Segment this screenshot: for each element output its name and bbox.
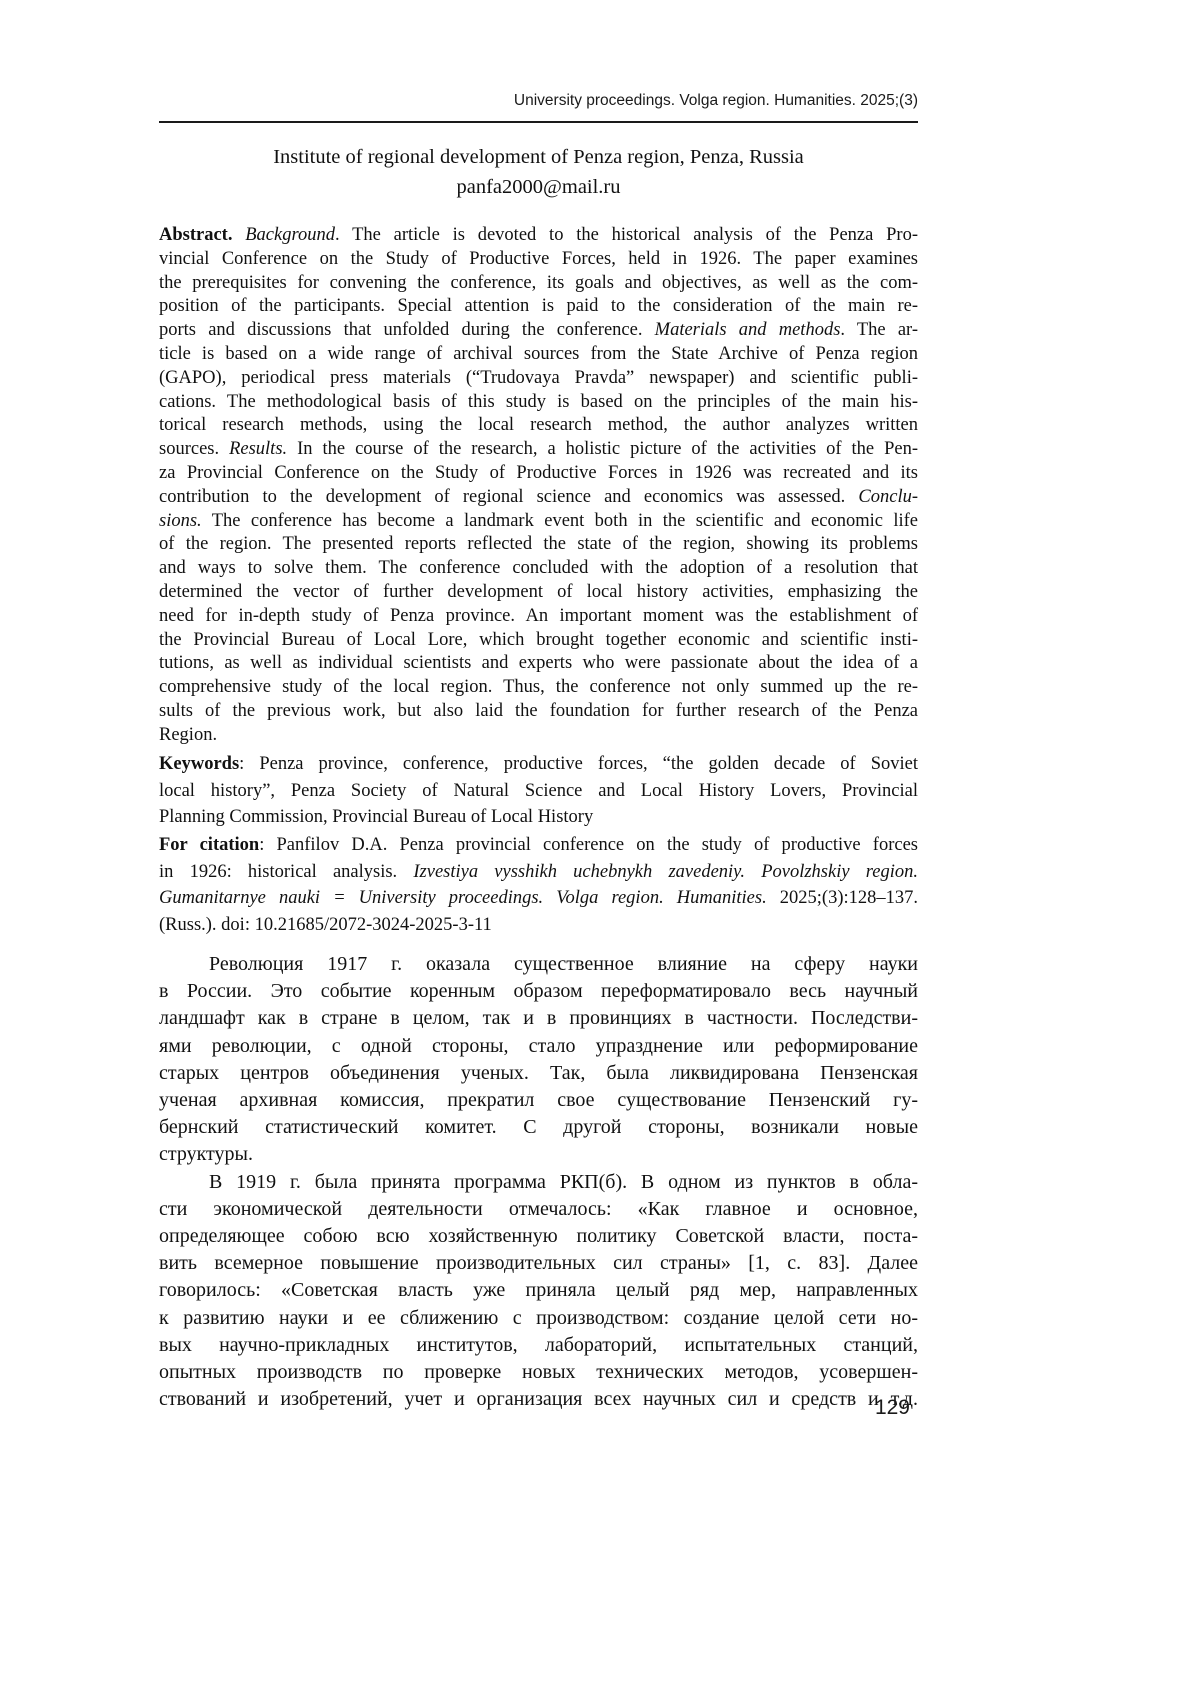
page-number: 129 — [159, 1396, 910, 1420]
text-line: ями революции, с одной стороны, стало уп… — [159, 1033, 918, 1060]
text-line: ученая архивная комиссия, прекратил свое… — [159, 1087, 918, 1114]
abstract-block: Abstract. Background. The article is dev… — [159, 224, 918, 748]
text-line: к развитию науки и ее сближению с произв… — [159, 1305, 918, 1332]
text-line: sults of the previous work, but also lai… — [159, 700, 918, 724]
text-line: Keywords: Penza province, conference, pr… — [159, 751, 918, 778]
for-citation-block: For citation: Panfilov D.A. Penza provin… — [159, 832, 918, 938]
text-line: ports and discussions that unfolded duri… — [159, 319, 918, 343]
text-line: В 1919 г. была принята программа РКП(б).… — [159, 1169, 918, 1196]
text-line: вить всемерное повышение производительны… — [159, 1250, 918, 1277]
text-line: сти экономической деятельности отмечалос… — [159, 1196, 918, 1223]
body-paragraph-2: В 1919 г. была принята программа РКП(б).… — [159, 1169, 918, 1414]
text-line: Революция 1917 г. оказала существенное в… — [159, 951, 918, 978]
text-line: Gumanitarnye nauki = University proceedi… — [159, 885, 918, 912]
affiliation-institute: Institute of regional development of Pen… — [159, 146, 918, 169]
text-line: бернский статистический комитет. С друго… — [159, 1114, 918, 1141]
text-line: and ways to solve them. The conference c… — [159, 557, 918, 581]
text-line: (Russ.). doi: 10.21685/2072-3024-2025-3-… — [159, 912, 918, 939]
text-line: in 1926: historical analysis. Izvestiya … — [159, 859, 918, 886]
text-line: вых научно-прикладных институтов, лабора… — [159, 1332, 918, 1359]
text-line: local history”, Penza Society of Natural… — [159, 778, 918, 805]
text-line: the prerequisites for convening the conf… — [159, 272, 918, 296]
text-line: of the region. The presented reports ref… — [159, 533, 918, 557]
text-line: в России. Это событие коренным образом п… — [159, 978, 918, 1005]
text-line: sources. Results. In the course of the r… — [159, 438, 918, 462]
affiliation-email: panfa2000@mail.ru — [159, 176, 918, 199]
text-line: For citation: Panfilov D.A. Penza provin… — [159, 832, 918, 859]
text-line: cations. The methodological basis of thi… — [159, 391, 918, 415]
header-rule — [159, 121, 918, 123]
document-page: University proceedings. Volga region. Hu… — [0, 0, 1200, 1697]
text-line: za Provincial Conference on the Study of… — [159, 462, 918, 486]
text-line: contribution to the development of regio… — [159, 486, 918, 510]
text-line: position of the participants. Special at… — [159, 295, 918, 319]
text-line: ticle is based on a wide range of archiv… — [159, 343, 918, 367]
text-line: Planning Commission, Provincial Bureau o… — [159, 804, 918, 831]
text-line: tutions, as well as individual scientist… — [159, 652, 918, 676]
text-line: структуры. — [159, 1141, 918, 1168]
text-line: the Provincial Bureau of Local Lore, whi… — [159, 629, 918, 653]
text-line: старых центров объединения ученых. Так, … — [159, 1060, 918, 1087]
text-line: vincial Conference on the Study of Produ… — [159, 248, 918, 272]
body-paragraph-1: Революция 1917 г. оказала существенное в… — [159, 951, 918, 1169]
text-line: (GAPO), periodical press materials (“Tru… — [159, 367, 918, 391]
text-line: Region. — [159, 724, 918, 748]
text-line: need for in-depth study of Penza provinc… — [159, 605, 918, 629]
text-line: определяющее собою всю хозяйственную пол… — [159, 1223, 918, 1250]
text-line: sions. The conference has become a landm… — [159, 510, 918, 534]
text-line: опытных производств по проверке новых те… — [159, 1359, 918, 1386]
text-line: comprehensive study of the local region.… — [159, 676, 918, 700]
text-line: говорилось: «Советская власть уже принял… — [159, 1277, 918, 1304]
text-line: ландшафт как в стране в целом, так и в п… — [159, 1005, 918, 1032]
text-line: determined the vector of further develop… — [159, 581, 918, 605]
keywords-block: Keywords: Penza province, conference, pr… — [159, 751, 918, 831]
text-line: torical research methods, using the loca… — [159, 414, 918, 438]
journal-running-header: University proceedings. Volga region. Hu… — [159, 92, 918, 110]
text-line: Abstract. Background. The article is dev… — [159, 224, 918, 248]
